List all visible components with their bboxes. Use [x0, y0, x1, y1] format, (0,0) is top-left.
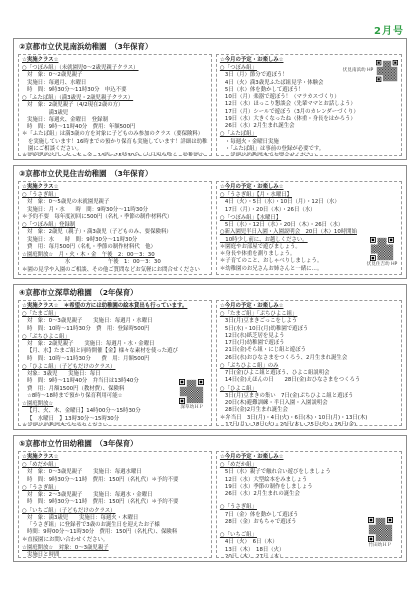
section-title: ④京都市立深草幼稚園 （2年保育） — [18, 287, 402, 300]
text-line: ＊弁当日 3日(月)・4日(火)・6日(木)・10日(月)・13日(木) — [220, 415, 398, 422]
text-line: 実施日：毎週月、水曜日 — [22, 80, 208, 87]
text-line: ○「ひよこ組」 — [220, 386, 398, 393]
text-line: 14日(金)えほんの日 28日(金)おひなさまをつくろう — [220, 377, 398, 384]
schedule-column: ☆今月の予定・お楽しみ☆○「うさぎ組」【月・水曜日】4日（火）・5日（水）・10… — [216, 181, 402, 275]
text-line: 26日(水)おひなさまをつくろう、2月生まれ誕生会 — [220, 355, 398, 362]
text-line: 対 象：2歳児（親子）・満3歳児（子どものみ、要保険料） — [22, 229, 208, 236]
schedule-column: ☆今月の予定・お楽しみ☆○「たまご組」「ぷちひよこ組」3日(月)豆まきごっこをし… — [216, 300, 402, 426]
qr-code-icon — [368, 517, 393, 542]
text-line: 5日(水)・10日(月)幼稚園で遊ぼう — [220, 326, 398, 333]
issue-badge: 2月号 — [374, 22, 404, 37]
newsletter-page: 2月号 ②京都市立伏見南浜幼稚園 （3年保育） ☆実施クラス☆○「つぼみ組」（未… — [0, 0, 420, 594]
text-line: 17日（月）・20日（木）・26日（水） — [220, 207, 398, 214]
text-line: 12日（水）大型絵本をみましょう — [220, 477, 398, 484]
text-lines: ☆実施クラス☆○「めだか組」対 象：0～3歳児親子 実施日：毎週水曜日時 間：9… — [22, 454, 208, 558]
text-line: ＊園の見学や入園のご相談、その他ご質問などお気軽にお問合せください — [22, 267, 208, 274]
text-line: 17日(月)・18日(火)・20日(木)・25日(火)・28日(金) — [220, 422, 398, 426]
text-line: 5日（水）親子で触れ合い遊びをしましょう — [220, 469, 398, 476]
text-line: 28日(金)2月生まれ誕生会 — [220, 407, 398, 414]
text-line: 3日(月)豆まきの集い 7日(金)ぷちひよこ組と遊ぼう — [220, 393, 398, 400]
section-title: ②京都市立伏見南浜幼稚園 （3年保育） — [18, 41, 402, 54]
qr-block: 伏見住吉幼 HP — [366, 237, 398, 268]
text-line: ☆園庭開放☆ 対象：0～3歳児親子 — [22, 545, 208, 552]
schedule-column: ☆今月の予定・お楽しみ☆○「つぼみ組」3日（月）節分で遊ぼう！4日（火）満3歳児… — [216, 54, 402, 156]
text-line: 費 用：毎月500円（名札・季節の制作材料代 他） — [22, 244, 208, 251]
qr-block: 伏見南浜幼 HP — [342, 60, 398, 82]
text-line: ○「ふたば組」 — [220, 131, 398, 138]
classes-column: ☆実施クラス☆ ＊希望の方には幼稚園の絵本貸出も行っています。○「たまご組」対 … — [18, 300, 212, 426]
section-takeda: ⑤京都市立竹田幼稚園 （3年保育） ☆実施クラス☆○「めだか組」対 象：0～3歳… — [13, 435, 407, 562]
text-line: 【 水曜日 】13時30分～15時30分 — [22, 416, 208, 423]
qr-label: 竹田幼ＨＰ — [364, 543, 396, 549]
text-line: 4日（火）・5日（水）・10日（月）・12日（水） — [220, 199, 398, 206]
text-line: 対 象：2歳児親子（4/2現在2歳の方） — [22, 102, 208, 109]
text-line: ☎075-601-2652 E-mail：sumiyoshi-e@edu.cit… — [22, 274, 208, 275]
text-line: 【月、水】たまご組と同時開催【金】様々な素材を使った遊び — [22, 348, 208, 355]
sections-container: ②京都市立伏見南浜幼稚園 （3年保育） ☆実施クラス☆○「つぼみ組」（未就園児0… — [13, 38, 407, 562]
schedule-column: ☆今月の予定・お楽しみ☆○「めだか組」5日（水）親子で触れ合い遊びをしましょう1… — [216, 451, 402, 558]
section-fushimi-sumiyoshi: ③京都市立伏見住吉幼稚園 （3年保育） ☆実施クラス☆○「うさぎ組」対 象：0～… — [13, 165, 407, 279]
qr-code-icon — [370, 237, 394, 261]
classes-column: ☆実施クラス☆○「うさぎ組」対 象：0～5歳児の未就園児親子実施日：月・水 時 … — [18, 181, 212, 275]
text-line: ☆実施クラス☆ — [22, 57, 208, 64]
text-line: 時 間：9時30分～11時 費用：150円（名札代）＊予約不要 — [22, 499, 208, 506]
text-line: 時 間：9時30分～11時 費用：150円（名札代）＊予約不要 — [22, 477, 208, 484]
text-line: 対 象：0～3歳児親子 実施日：毎週月・水曜日 — [22, 318, 208, 325]
qr-code-icon — [179, 379, 204, 404]
text-line: 満3歳児 — [22, 110, 208, 117]
qr-code-icon — [376, 60, 398, 82]
text-line: ＊詳細は幼稚園までお尋ねください。 — [22, 423, 208, 426]
text-line: 対 象：0～3歳児親子 実施日：毎週水曜日 — [22, 469, 208, 476]
text-line: ☆実施クラス☆ — [22, 184, 208, 191]
section-title: ⑤京都市立竹田幼稚園 （3年保育） — [18, 438, 402, 451]
text-line: 17日（月）シールで遊ぼう（3月のカレンダーづくり） — [220, 109, 398, 116]
section-fukakusa: ④京都市立深草幼稚園 （2年保育） ☆実施クラス☆ ＊希望の方には幼稚園の絵本貸… — [13, 284, 407, 430]
text-line: 時 間：10時～11時30分 費 用：月額500円 — [22, 356, 208, 363]
text-line: ☆今月の予定・お楽しみ☆ — [220, 454, 398, 461]
section-title: ③京都市立伏見住吉幼稚園 （3年保育） — [18, 168, 402, 181]
text-line: ☆今月の予定・お楽しみ☆ — [220, 184, 398, 191]
text-line: 実施日と時間 — [22, 552, 208, 558]
text-line: 対 象：0～2歳児親子 — [22, 72, 208, 79]
text-line: 実施日：水 時 間：9時30分～11時30分 — [22, 237, 208, 244]
qr-label: 伏見南浜幼 HP — [342, 68, 374, 74]
text-lines: ☆実施クラス☆○「つぼみ組」（未就園児0～2歳児親子クラス）対 象：0～2歳児親… — [22, 57, 208, 156]
qr-label: 伏見住吉幼 HP — [366, 262, 398, 268]
text-line: ・「ふたば組」は事前の登録が必要です。 — [220, 146, 398, 153]
text-line: ☆実施クラス☆ — [22, 454, 208, 461]
text-line: 26日（水）2月生まれ誕生会 — [220, 123, 398, 130]
qr-label: 深草幼ＨＰ — [176, 405, 208, 411]
section-fushimi-minamihama: ②京都市立伏見南浜幼稚園 （3年保育） ☆実施クラス☆○「つぼみ組」（未就園児0… — [13, 38, 407, 160]
text-line: ○「いちご組」（子どもだけのクラス） — [22, 508, 208, 515]
text-line: ・毎週火・金曜日実施 — [220, 139, 398, 146]
qr-block: 深草幼ＨＰ — [176, 379, 208, 411]
text-line: ○「うさぎ組」 — [220, 504, 398, 511]
text-line: 詳細は幼稚園までお問合せください。 — [220, 153, 398, 156]
text-line — [220, 498, 398, 503]
qr-block: 竹田幼ＨＰ — [364, 517, 396, 549]
text-line: 水 午後 1：00－3：30 — [22, 259, 208, 266]
text-line: ☆実施クラス☆ ＊希望の方には幼稚園の絵本貸出も行っています。 — [22, 303, 208, 310]
text-line: ○新入園児半日入園・入園説明会 20日（木）10時開始 — [220, 229, 398, 236]
text-line: 時 間：9時30分～11時30分 申込不要 — [22, 87, 208, 94]
text-line: ＊「ふたば組」は満3歳の方を対象に子どものみ参加のクラス（要保険料）を実施してい… — [22, 131, 208, 153]
text-line: 対 象：0～5歳児の未就園児親子 — [22, 199, 208, 206]
text-line: ☆今月の予定・お楽しみ☆ — [220, 303, 398, 310]
text-line: ＊園庭開放は月・火・木・金 14時～15時30分（土日祝を除く、幼稚園の保育日）… — [22, 153, 208, 156]
text-lines: ☆実施クラス☆○「うさぎ組」対 象：0～5歳児の未就園児親子実施日：月・水 時 … — [22, 184, 208, 275]
text-line: 20日（木） 27日（木） — [220, 554, 398, 558]
classes-column: ☆実施クラス☆○「めだか組」対 象：0～3歳児親子 実施日：毎週水曜日時 間：9… — [18, 451, 212, 558]
text-line: 26日（水）2月生まれの誕生会 — [220, 491, 398, 498]
text-line: 時間：9時00分～11時30分 費用：150円（名札代）、保険料 — [22, 529, 208, 536]
text-line: 21日(金)そら組・にじ組と遊ぼう — [220, 347, 398, 354]
text-line: 3日(月)豆まきごっこをしよう — [220, 318, 398, 325]
text-lines: ☆今月の予定・お楽しみ☆○「たまご組」「ぷちひよこ組」3日(月)豆まきごっこをし… — [220, 303, 398, 426]
text-line: ＊予約不要 毎年度初回に500円（名札・季節の制作材料代） — [22, 214, 208, 221]
text-line: 時 間：10時～11時30分 費 用：登録時500円 — [22, 326, 208, 333]
text-line: 12日（水）ほっこり懇談会（先輩ママとお話しよう） — [220, 101, 398, 108]
text-line: ＊直接園にお問い合わせください。 — [22, 537, 208, 544]
classes-column: ☆実施クラス☆○「つぼみ組」（未就園児0～2歳児親子クラス）対 象：0～2歳児親… — [18, 54, 212, 156]
text-line: 実施日：月・水 時 間：9時30分～11時30分 — [22, 207, 208, 214]
